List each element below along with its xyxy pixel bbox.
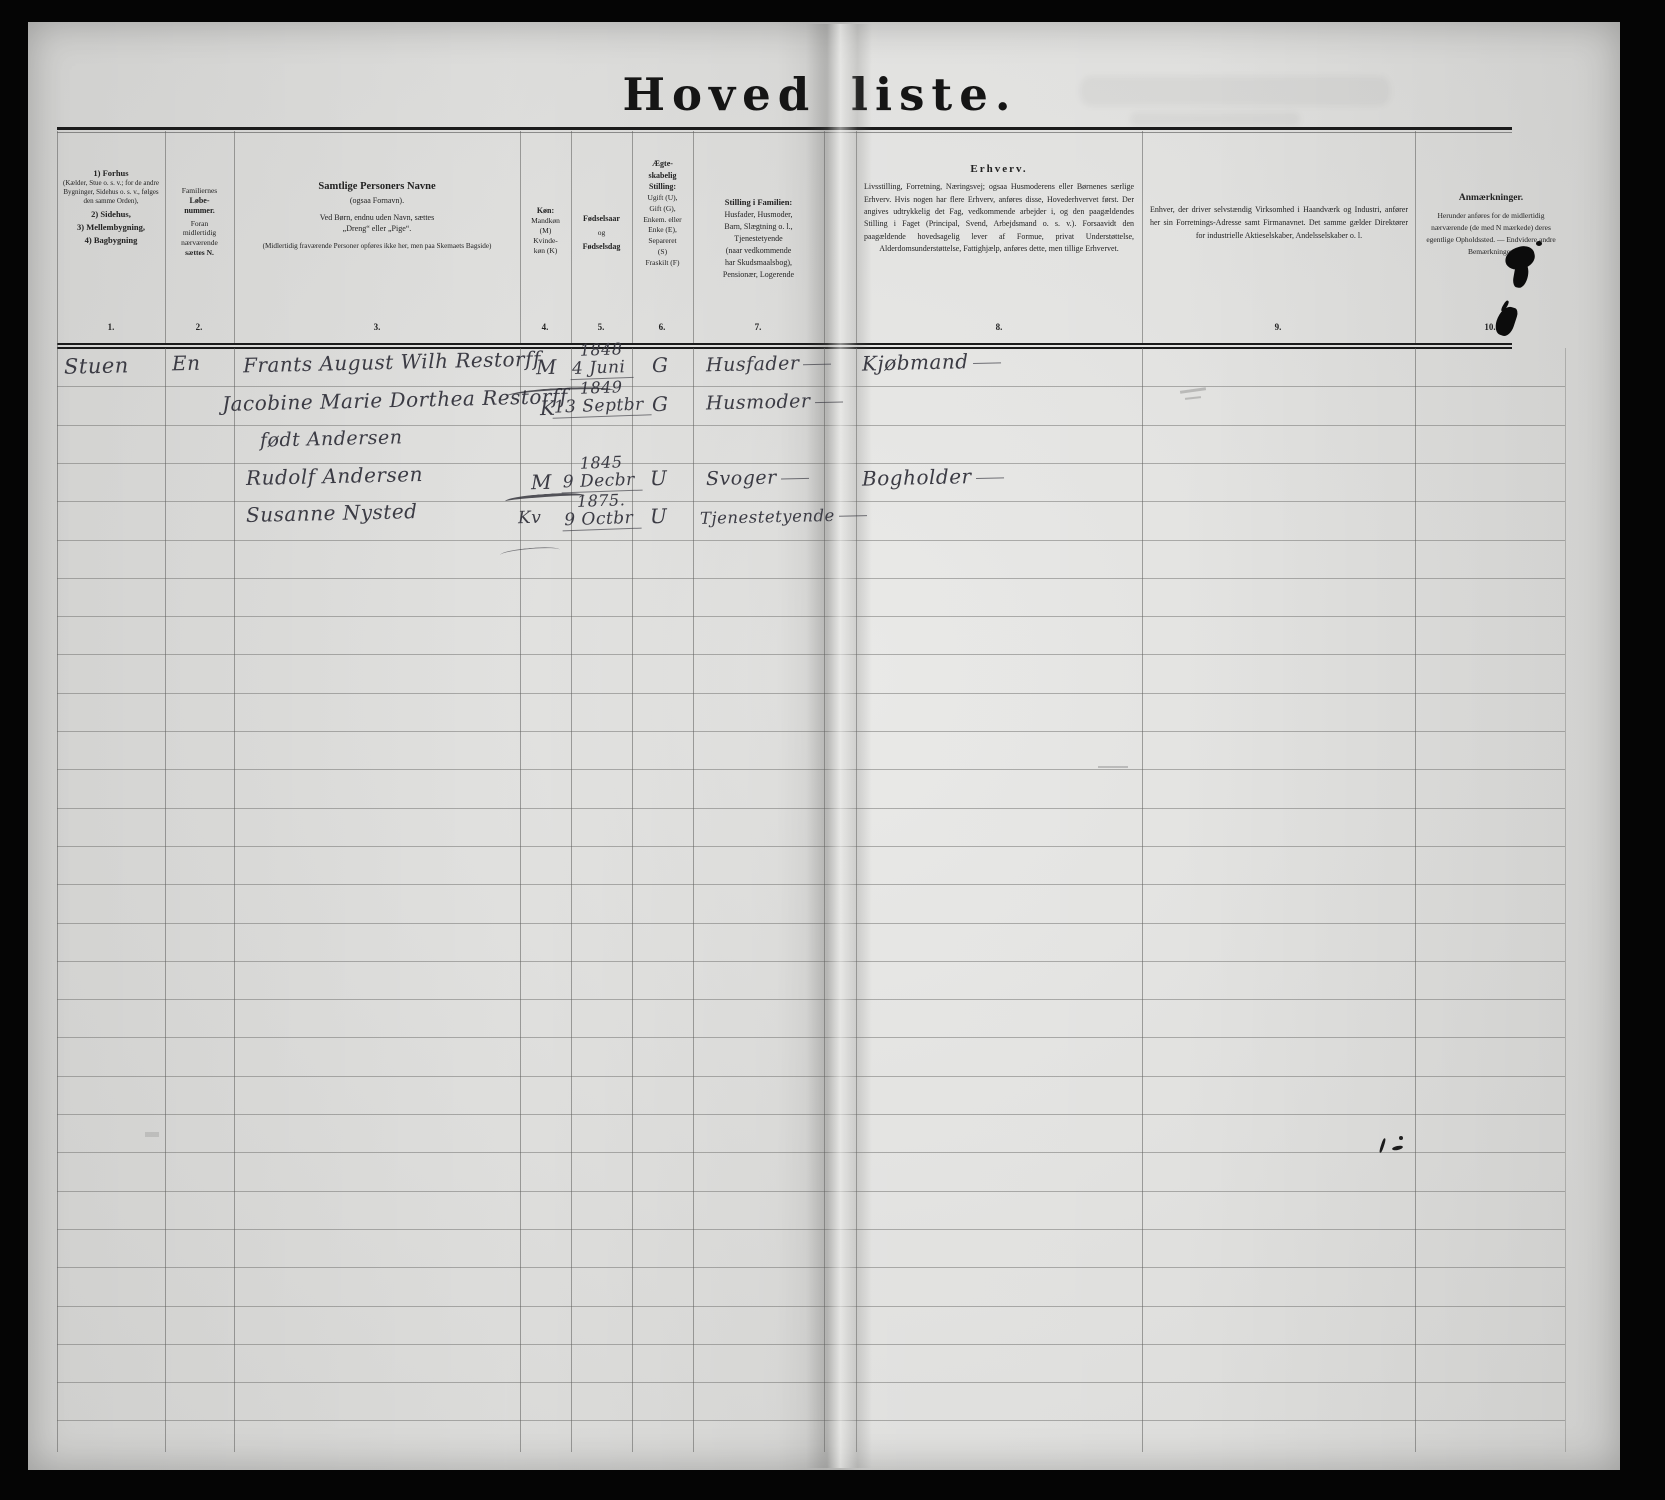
header-line: Løbe-	[166, 196, 233, 206]
header-line: Fraskilt (F)	[633, 258, 692, 269]
column-number: 1.	[108, 322, 115, 332]
header-line: (ogsaa Fornavn).	[240, 196, 514, 206]
top-rule-shadow	[57, 132, 1512, 133]
column-line	[632, 131, 633, 343]
header-building: 1) Forhus (Kælder, Stue o. s. v.; for de…	[59, 168, 163, 246]
table-left-border	[57, 131, 58, 1452]
header-double-rule-top	[57, 343, 1512, 345]
header-remarks-body: Herunder anføres for de midlertidig nærv…	[1420, 210, 1562, 258]
header-names: Samtlige Personers Navne (ogsaa Fornavn)…	[240, 180, 514, 251]
header-line: Husfader, Husmoder,	[695, 209, 822, 221]
entry-1-building: Stuen	[64, 353, 129, 378]
column-line	[165, 348, 166, 1452]
header-line: Fødselsdag	[572, 242, 631, 252]
entry-4-birth-date: 1845 9 Decbr	[570, 454, 632, 493]
header-line: midlertidig	[166, 228, 233, 238]
header-line: Ved Børn, endnu uden Navn, sættes	[240, 213, 514, 223]
column-line	[1415, 131, 1416, 343]
header-line: Separeret	[633, 236, 692, 247]
header-business-address-body: Enhver, der driver selvstændig Virksomhe…	[1150, 204, 1408, 242]
entry-5-name: Susanne Nysted	[246, 499, 418, 527]
column-number: 4.	[542, 322, 549, 332]
column-line	[1142, 131, 1143, 343]
header-line: skabelig	[633, 170, 692, 182]
column-number: 2.	[196, 322, 203, 332]
entry-4-occupation: Bogholder	[862, 463, 1004, 490]
header-occupation-title: Erhverv.	[860, 162, 1138, 176]
column-line	[165, 131, 166, 343]
header-remarks-title: Anmærkninger.	[1420, 192, 1562, 204]
column-line	[693, 131, 694, 343]
bleed-through-smudge	[1130, 112, 1300, 126]
column-number: 8.	[996, 322, 1003, 332]
entry-5-family-position: Tjenestetyende	[700, 505, 867, 528]
header-line: Familiernes	[166, 186, 233, 196]
column-line	[234, 131, 235, 343]
header-line: (Midlertidig fraværende Personer opføres…	[240, 242, 514, 251]
pencil-trace	[1098, 766, 1128, 768]
header-occupation: Erhverv. Livsstilling, Forretning, Nærin…	[860, 162, 1138, 256]
entry-5-sex: Kv	[518, 508, 542, 529]
header-business-address: Enhver, der driver selvstændig Virksomhe…	[1150, 204, 1408, 242]
header-family-number: Familiernes Løbe- nummer. Foran midlerti…	[166, 186, 233, 258]
header-marital: Ægte- skabelig Stilling: Ugift (U), Gift…	[633, 158, 692, 269]
header-line: Enke (E),	[633, 225, 692, 236]
column-line	[571, 131, 572, 343]
column-number: 3.	[374, 322, 381, 332]
column-line	[693, 348, 694, 1452]
header-line: Ægte-	[633, 158, 692, 170]
header-line: Foran	[166, 219, 233, 229]
ink-mark	[1399, 1136, 1403, 1140]
header-line: og	[572, 228, 631, 238]
header-remarks: Anmærkninger. Herunder anføres for de mi…	[1420, 192, 1562, 258]
entry-5-birth-day: 9 Octbr	[562, 510, 642, 532]
header-occupation-body: Livsstilling, Forretning, Næringsvej; og…	[860, 181, 1138, 255]
header-line: har Skudsmaalsbog),	[695, 257, 822, 269]
header-line: Tjenestetyende	[695, 233, 822, 245]
header-birth: Fødselsaar og Fødselsdag	[572, 214, 631, 253]
column-line	[1415, 348, 1416, 1452]
entry-2-family-position: Husmoder	[706, 389, 843, 414]
column-number: 9.	[1275, 322, 1282, 332]
column-number: 7.	[755, 322, 762, 332]
entry-4-family-position: Svoger	[706, 466, 809, 490]
header-line: Stilling i Familien:	[695, 196, 822, 209]
header-line: Kvinde-	[521, 236, 570, 246]
header-double-rule-bottom	[57, 347, 1512, 349]
header-line: 1) Forhus	[59, 168, 163, 179]
entry-1-birth-day: 4 Juni	[570, 359, 634, 380]
header-line: (naar vedkommende	[695, 245, 822, 257]
header-line: Fødselsaar	[572, 214, 631, 224]
header-family-position: Stilling i Familien: Husfader, Husmoder,…	[695, 196, 822, 281]
entry-1-birth-year: 1848	[580, 341, 623, 358]
header-line: Barn, Slægtning o. l.,	[695, 221, 822, 233]
bleed-through-smudge	[1080, 76, 1390, 106]
entry-4-marital-status: U	[650, 466, 668, 490]
header-line: (M)	[521, 226, 570, 236]
table-right-border	[1565, 348, 1566, 1452]
entry-1-marital-status: G	[652, 353, 669, 377]
entry-1-occupation: Kjøbmand	[862, 348, 1001, 375]
pencil-trace	[145, 1132, 159, 1137]
header-line: Køn:	[521, 206, 570, 216]
header-line: nummer.	[166, 206, 233, 216]
entry-3-name: født Andersen	[260, 426, 403, 451]
column-number: 10.	[1484, 322, 1495, 332]
header-line: 2) Sidehus,	[59, 209, 163, 220]
header-line: (S)	[633, 247, 692, 258]
header-line: Stilling:	[633, 181, 692, 193]
header-line: nærværende	[166, 238, 233, 248]
entry-4-name: Rudolf Andersen	[246, 462, 423, 490]
page-fold-shadow	[806, 24, 872, 1468]
entry-1-sex: M	[536, 355, 558, 379]
entry-2-marital-status: G	[652, 392, 669, 416]
header-line: 4) Bagbygning	[59, 235, 163, 246]
header-line: Gift (G),	[633, 204, 692, 215]
header-line: Ugift (U),	[633, 193, 692, 204]
header-line: Mandkøn	[521, 216, 570, 226]
top-rule	[57, 127, 1512, 130]
scanned-census-page: Hoved liste. 1) Forhus (Kælder, Stue o. …	[0, 0, 1665, 1500]
header-line: Enkem. eller	[633, 215, 692, 226]
entry-1-birth-date: 1848 4 Juni	[570, 341, 632, 380]
header-line: køn (K)	[521, 246, 570, 256]
header-line: 3) Mellembygning,	[59, 222, 163, 233]
entry-4-sex: M	[531, 470, 553, 494]
column-number: 5.	[598, 322, 605, 332]
entry-1-family-position: Husfader	[706, 352, 832, 377]
entry-5-marital-status: U	[650, 504, 668, 528]
column-number: 6.	[659, 322, 666, 332]
header-line: sættes N.	[166, 248, 233, 258]
header-line: (Kælder, Stue o. s. v.; for de andre Byg…	[59, 179, 163, 206]
entry-1-family-number: En	[172, 351, 201, 376]
header-sex: Køn: Mandkøn (M) Kvinde- køn (K)	[521, 206, 570, 255]
column-line	[234, 348, 235, 1452]
header-line: Samtlige Personers Navne	[240, 180, 514, 194]
ink-blot	[1536, 241, 1542, 246]
header-line: „Dreng“ eller „Pige“.	[240, 224, 514, 234]
column-line	[520, 131, 521, 343]
header-line: Pensionær, Logerende	[695, 269, 822, 281]
column-line	[1142, 348, 1143, 1452]
entry-4-birth-year: 1845	[580, 454, 623, 471]
